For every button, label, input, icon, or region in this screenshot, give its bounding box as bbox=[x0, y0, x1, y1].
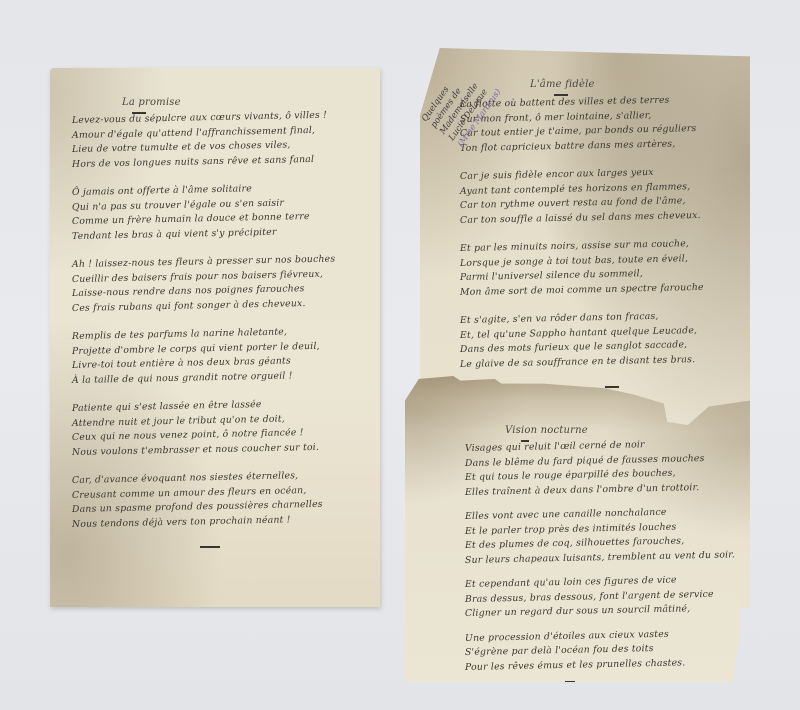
stanza: Visages qui reluit l'œil cerné de noir D… bbox=[465, 442, 735, 500]
stanza: Levez-vous du sépulcre aux cœurs vivants… bbox=[72, 114, 335, 172]
stanza: Remplis de tes parfums la narine haletan… bbox=[72, 330, 335, 388]
poem-body: Visages qui reluit l'œil cerné de noir D… bbox=[465, 442, 735, 683]
poem-body: La flotte où battent des villes et des t… bbox=[460, 98, 704, 388]
stanza: Ô jamais ont offerte à l'âme solitaire Q… bbox=[72, 186, 335, 244]
poem-title: Vision nocturne bbox=[505, 425, 588, 436]
poem-body: Levez-vous du sépulcre aux cœurs vivants… bbox=[72, 114, 335, 548]
end-mark bbox=[565, 681, 575, 683]
stanza: Ah ! laissez-nous tes fleurs à presser s… bbox=[72, 258, 335, 316]
poem-title: La promise bbox=[122, 97, 181, 108]
end-mark bbox=[605, 386, 619, 388]
stanza: Et par les minuits noirs, assise sur ma … bbox=[460, 242, 704, 300]
stanza: Et cependant qu'au loin ces figures de v… bbox=[465, 578, 735, 622]
stanza: Car je suis fidèle encor aux larges yeux… bbox=[460, 170, 704, 228]
stanza: Car, d'avance évoquant nos siestes étern… bbox=[72, 474, 335, 532]
stanza: Elles vont avec une canaille nonchalance… bbox=[465, 510, 735, 568]
manuscript-sheet-left: La promise Levez-vous du sépulcre aux cœ… bbox=[50, 68, 380, 607]
stanza: Patiente qui s'est lassée en être lassée… bbox=[72, 402, 335, 460]
stanza: La flotte où battent des villes et des t… bbox=[460, 98, 704, 156]
stanza: Et s'agite, s'en va rôder dans ton fraca… bbox=[460, 314, 704, 372]
poem-title: L'âme fidèle bbox=[530, 79, 595, 90]
stanza: Une procession d'étoiles aux cieux vaste… bbox=[465, 632, 735, 676]
end-mark bbox=[200, 546, 220, 548]
manuscript-sheet-lower-torn: Vision nocturne Visages qui reluit l'œil… bbox=[405, 376, 750, 682]
